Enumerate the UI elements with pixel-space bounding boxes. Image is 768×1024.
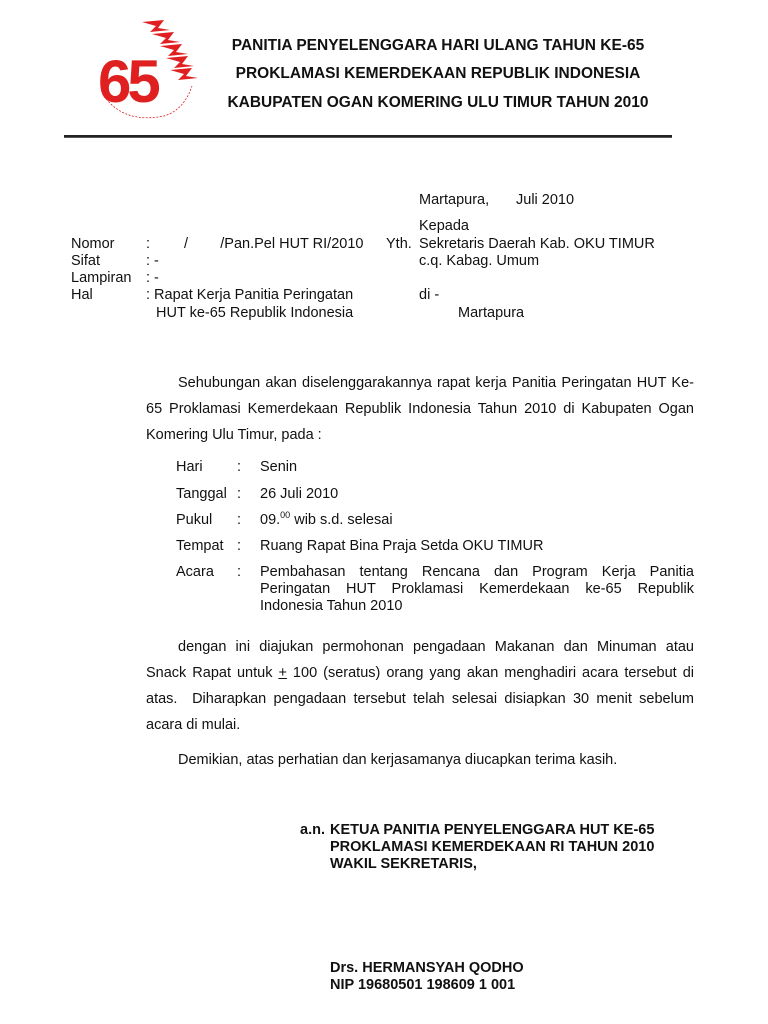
detail-label-hari: Hari [176, 459, 203, 475]
closing-sentence: Demikian, atas perhatian dan kerjasamany… [178, 752, 617, 768]
nomor-label: Nomor [71, 236, 115, 252]
detail-colon: : [237, 538, 241, 554]
sifat-label: Sifat [71, 253, 100, 269]
recipient-di: di - [419, 287, 439, 303]
letterhead-line-1: PANITIA PENYELENGGARA HARI ULANG TAHUN K… [200, 37, 676, 55]
nomor-colon: : [146, 236, 150, 252]
svg-text:65: 65 [98, 48, 159, 115]
lampiran-label: Lampiran [71, 270, 131, 286]
detail-colon: : [237, 564, 241, 580]
recipient-line-2: c.q. Kabag. Umum [419, 253, 539, 269]
detail-colon: : [237, 459, 241, 475]
hal-value-line-2: HUT ke-65 Republik Indonesia [156, 305, 353, 321]
signature-title-line-2: PROKLAMASI KEMERDEKAAN RI TAHUN 2010 [330, 839, 654, 855]
detail-colon: : [237, 512, 241, 528]
detail-label-acara: Acara [176, 564, 214, 580]
hal-label: Hal [71, 287, 93, 303]
letterhead-divider [64, 135, 672, 138]
signature-an: a.n. [300, 822, 325, 838]
recipient-city: Martapura [458, 305, 524, 321]
recipient-yth: Yth. [386, 236, 412, 252]
detail-label-tempat: Tempat [176, 538, 224, 554]
detail-colon: : [237, 486, 241, 502]
sifat-value: : - [146, 253, 159, 269]
detail-value-tempat: Ruang Rapat Bina Praja Setda OKU TIMUR [260, 538, 543, 554]
detail-label-pukul: Pukul [176, 512, 212, 528]
detail-label-tanggal: Tanggal [176, 486, 227, 502]
recipient-kepada: Kepada [419, 218, 469, 234]
detail-value-hari: Senin [260, 459, 297, 475]
lampiran-value: : - [146, 270, 159, 286]
request-paragraph: dengan ini diajukan permohonan pengadaan… [146, 634, 694, 738]
signatory-nip: NIP 19680501 198609 1 001 [330, 977, 515, 993]
signature-title-line-3: WAKIL SEKRETARIS, [330, 856, 477, 872]
detail-value-acara: Pembahasan tentang Rencana dan Program K… [260, 564, 694, 615]
signature-title-line-1: KETUA PANITIA PENYELENGGARA HUT KE-65 [330, 822, 654, 838]
intro-paragraph: Sehubungan akan diselenggarakannya rapat… [146, 370, 694, 448]
recipient-line-1: Sekretaris Daerah Kab. OKU TIMUR [419, 236, 655, 252]
hut-ri-65-logo-icon: 65 [94, 16, 206, 124]
letterhead-line-2: PROKLAMASI KEMERDEKAAN REPUBLIK INDONESI… [200, 65, 676, 83]
hal-value-line-1: : Rapat Kerja Panitia Peringatan [146, 287, 353, 303]
date: Juli 2010 [516, 192, 574, 208]
letterhead-line-3: KABUPATEN OGAN KOMERING ULU TIMUR TAHUN … [200, 94, 676, 112]
detail-value-tanggal: 26 Juli 2010 [260, 486, 338, 502]
detail-value-pukul: 09.00 wib s.d. selesai [260, 512, 393, 528]
nomor-value: / /Pan.Pel HUT RI/2010 [184, 236, 363, 252]
signatory-name: Drs. HERMANSYAH QODHO [330, 960, 524, 976]
place: Martapura, [419, 192, 489, 208]
